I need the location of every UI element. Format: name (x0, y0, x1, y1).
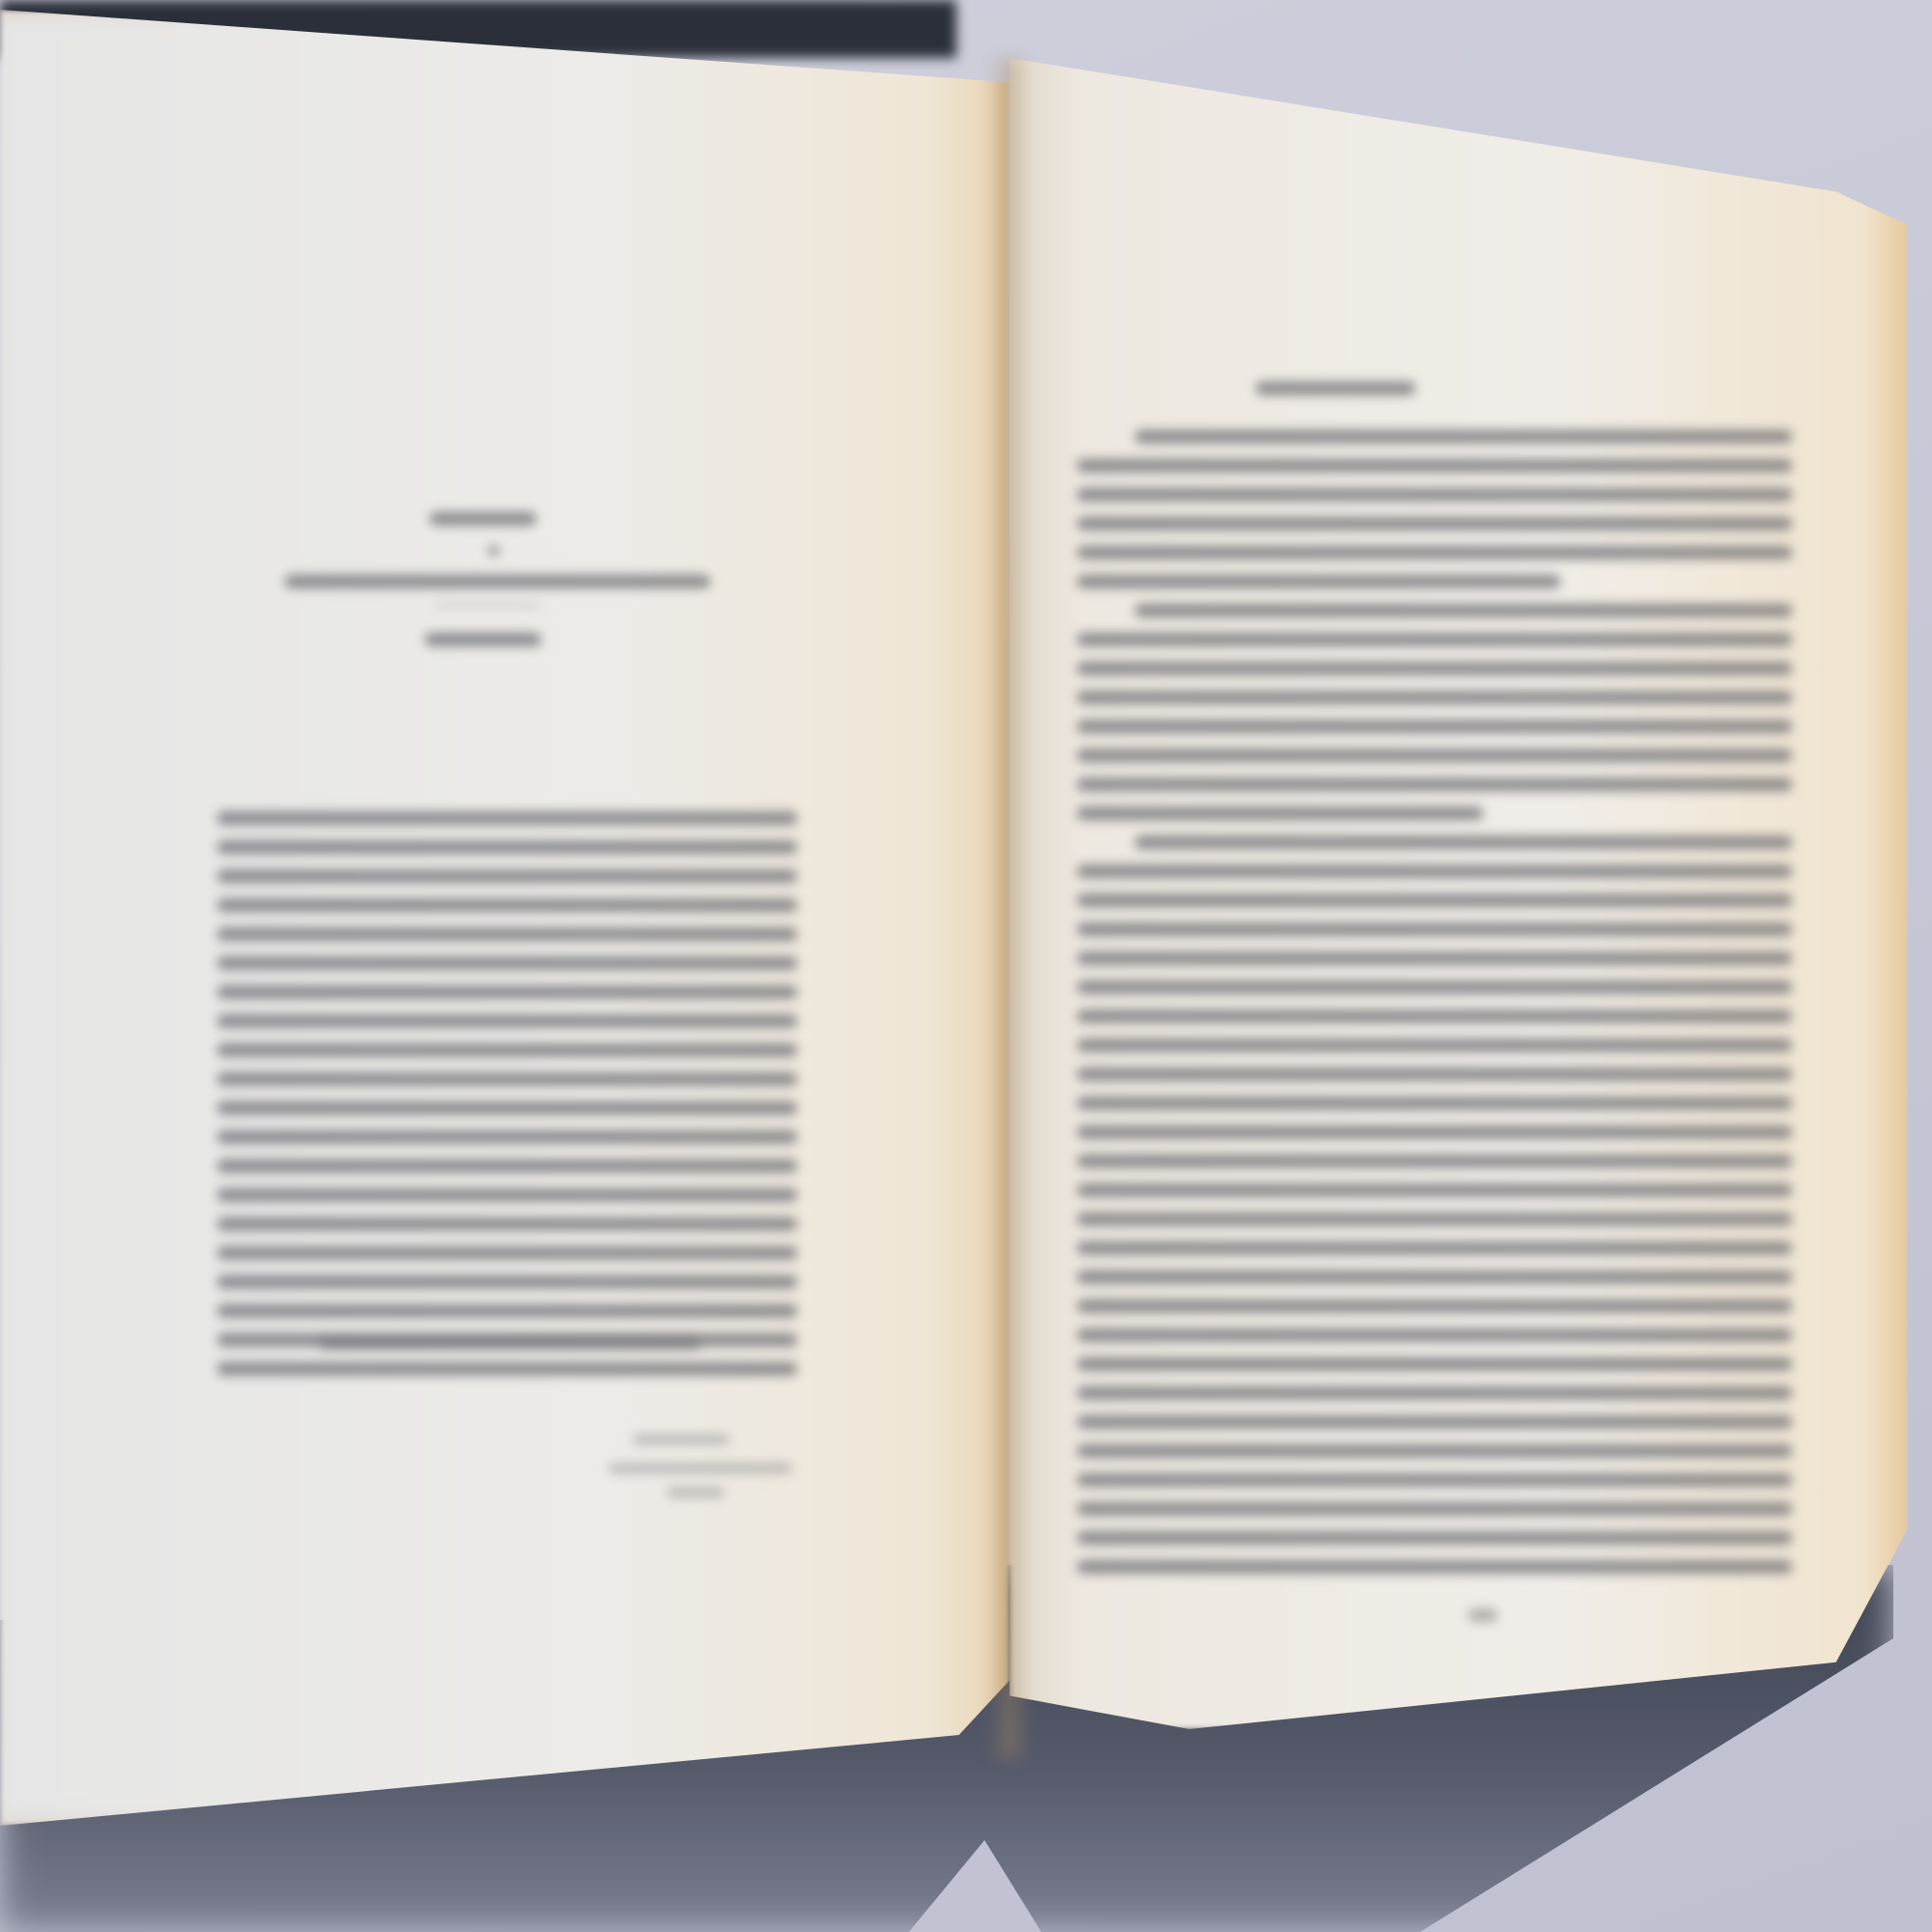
caption-line (319, 1338, 700, 1350)
left-body-text (217, 811, 797, 1391)
title-rule (435, 604, 541, 607)
author-line (425, 633, 541, 646)
right-page (1009, 58, 1908, 1729)
right-heading (1256, 382, 1415, 395)
page-number (1468, 1608, 1497, 1622)
book-gutter (990, 58, 1029, 1758)
right-body-text (1077, 430, 1792, 1589)
signature-line-2 (609, 1463, 792, 1473)
title-separator (488, 546, 499, 555)
title-line-2 (285, 575, 710, 588)
signature-line-1 (633, 1435, 729, 1444)
title-line-1 (430, 512, 536, 526)
signature-line-3 (667, 1488, 724, 1497)
left-page (0, 10, 1009, 1826)
